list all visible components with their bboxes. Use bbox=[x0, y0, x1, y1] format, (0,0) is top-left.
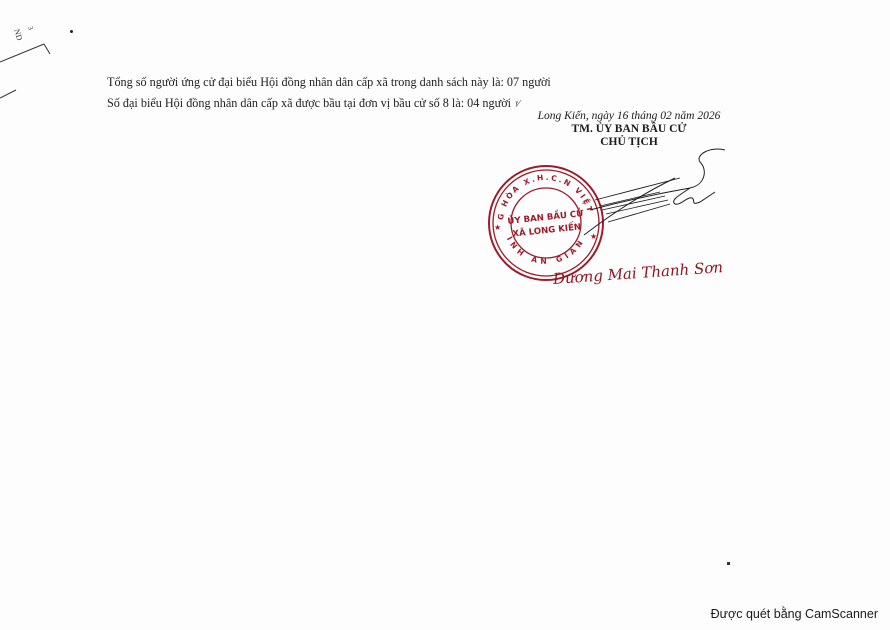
scan-speck bbox=[727, 562, 730, 565]
scanned-page: ND 3 Tổng số người ứng cử đại biểu Hội đ… bbox=[0, 0, 890, 630]
camscanner-watermark: Được quét bằng CamScanner bbox=[711, 607, 878, 621]
svg-text:3: 3 bbox=[26, 25, 35, 31]
table-corner-fragment: ND 3 bbox=[0, 0, 120, 110]
initial-mark-icon: ᵞ⁄ bbox=[515, 98, 519, 110]
org-title: TM. ỦY BAN BẦU CỬ bbox=[536, 123, 722, 135]
elected-count-text: Số đại biểu Hội đồng nhân dân cấp xã đượ… bbox=[107, 96, 511, 110]
svg-text:★: ★ bbox=[494, 223, 501, 232]
scan-speck bbox=[70, 30, 73, 33]
candidate-total-line: Tổng số người ứng cử đại biểu Hội đồng n… bbox=[107, 75, 551, 90]
handwritten-signature bbox=[540, 140, 730, 255]
svg-text:ND: ND bbox=[12, 28, 24, 42]
place-date: Long Kiến, ngày 16 tháng 02 năm 2026 bbox=[536, 110, 722, 122]
elected-count-line: Số đại biểu Hội đồng nhân dân cấp xã đượ… bbox=[107, 96, 519, 111]
